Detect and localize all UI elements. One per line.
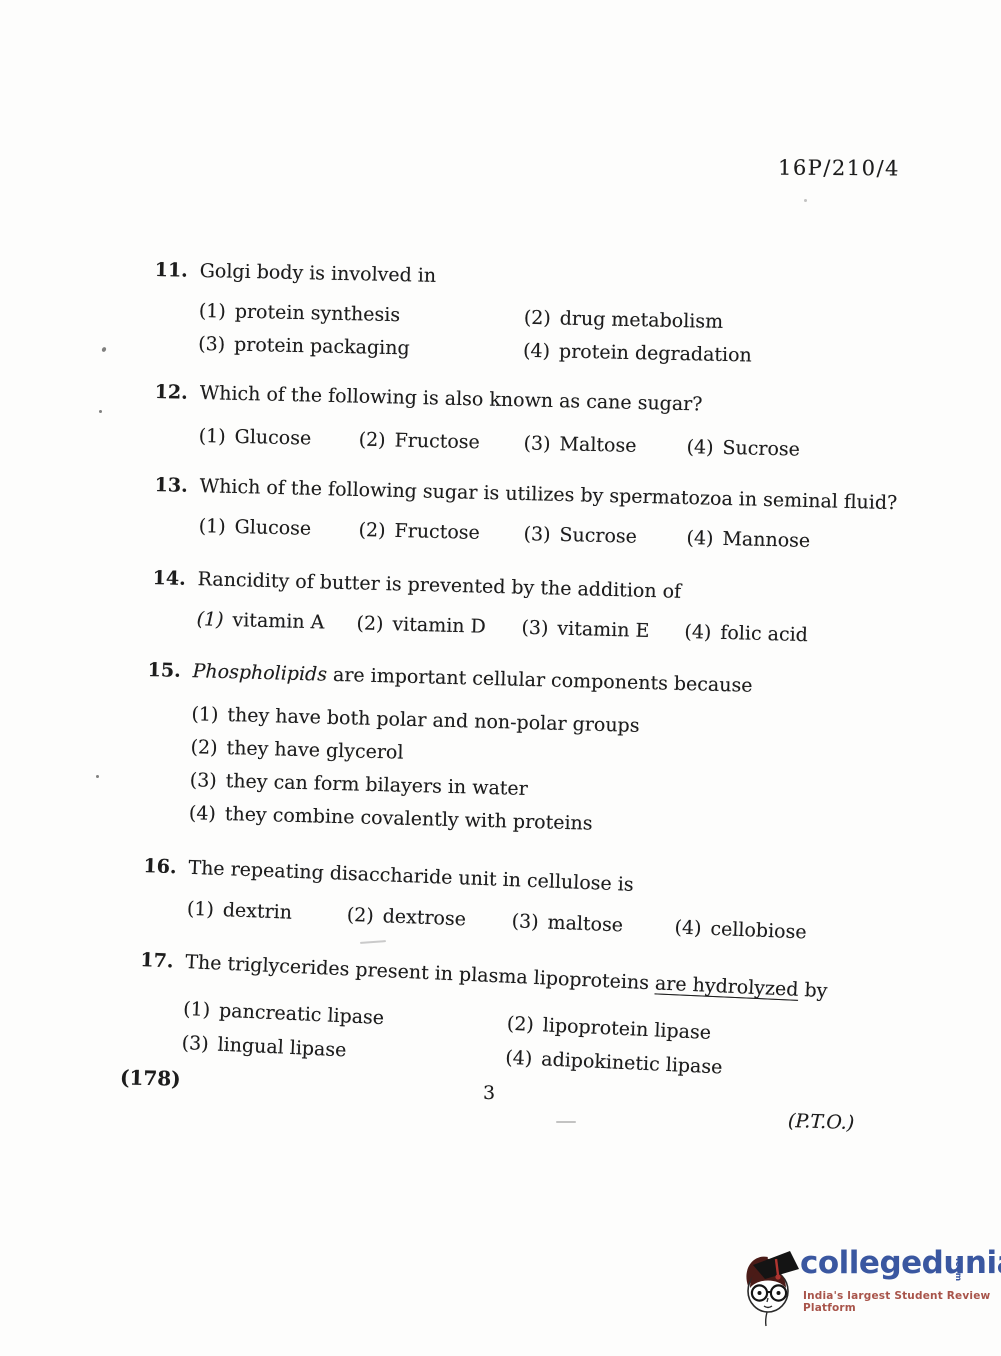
option-text: dextrin <box>222 899 292 924</box>
question-16: 16. The repeating disaccharide unit in c… <box>141 854 923 951</box>
option-text: folic acid <box>720 622 808 646</box>
option-label: (1) <box>199 299 226 324</box>
option: (1)vitamin A <box>196 607 324 634</box>
option-text: vitamin D <box>392 613 486 637</box>
question-text-post: by <box>798 979 828 1002</box>
option-text: Mannose <box>722 528 810 552</box>
question-number: 15. <box>147 658 193 683</box>
option-text: lipoprotein lipase <box>542 1014 711 1044</box>
option-text: cellobiose <box>710 918 807 944</box>
brand-tld: .com <box>954 1258 963 1282</box>
question-text: Which of the following sugar is utilizes… <box>199 474 897 515</box>
brand-tagline: India's largest Student Review Platform <box>803 1290 996 1314</box>
option-text: they can form bilayers in water <box>225 770 528 800</box>
option-label: (3) <box>511 909 539 934</box>
option-text: Maltose <box>559 433 636 457</box>
option-label: (2) <box>356 611 384 636</box>
option-text: Sucrose <box>559 524 637 548</box>
option-text: Fructose <box>394 520 480 544</box>
booklet-code: (178) <box>120 1065 181 1091</box>
option-text: dextrose <box>382 905 466 930</box>
option: (3)Sucrose <box>523 522 637 549</box>
option-text: adipokinetic lipase <box>541 1048 723 1078</box>
pto-note: (P.T.O.) <box>788 1110 855 1134</box>
option-text: maltose <box>547 912 623 937</box>
option-text: Glucose <box>234 426 311 450</box>
option-label: (1) <box>186 897 214 922</box>
option-label: (3) <box>523 431 550 456</box>
option: (4)protein degradation <box>523 339 933 372</box>
option-text: Glucose <box>234 516 311 540</box>
option: (4)Mannose <box>686 526 810 553</box>
question-12: 12. Which of the following is also known… <box>153 380 934 467</box>
option-label: (2) <box>346 903 374 928</box>
option-label: (2) <box>524 306 551 331</box>
option-label: (4) <box>686 435 713 460</box>
option: (4)folic acid <box>684 620 808 647</box>
option-text: vitamin A <box>232 609 324 633</box>
question-text: Phospholipids are important cellular com… <box>192 659 752 698</box>
option-label: (1) <box>198 424 225 449</box>
option-text: they have both polar and non-polar group… <box>227 704 640 737</box>
option-text: they combine covalently with proteins <box>225 803 593 835</box>
question-number: 11. <box>154 258 199 283</box>
scan-speck <box>804 199 807 202</box>
question-text: Rancidity of butter is prevented by the … <box>197 567 681 604</box>
option-text: pancreatic lipase <box>219 1000 385 1029</box>
option-label: (3) <box>523 522 551 547</box>
question-text: The repeating disaccharide unit in cellu… <box>188 856 634 897</box>
brand-name: collegedunia <box>800 1245 1001 1281</box>
option-text: vitamin E <box>557 618 650 642</box>
option-label: (3) <box>181 1031 209 1056</box>
option-label: (2) <box>358 428 385 453</box>
scan-speck <box>101 346 107 352</box>
scan-speck <box>96 775 99 778</box>
option: (4)Sucrose <box>686 435 800 462</box>
option: (4)cellobiose <box>674 915 807 944</box>
option-label: (3) <box>521 616 549 641</box>
option-text: lingual lipase <box>217 1034 347 1062</box>
scan-speck <box>556 1121 576 1123</box>
question-number: 13. <box>154 473 200 498</box>
scan-speck <box>99 410 102 413</box>
question-number: 16. <box>143 854 189 880</box>
option: (2)Fructose <box>358 428 480 455</box>
question-text: Golgi body is involved in <box>199 259 436 288</box>
option: (2)dextrose <box>346 903 466 932</box>
question-15: 15. Phospholipids are important cellular… <box>144 658 928 844</box>
scan-speck <box>360 940 386 944</box>
option-label: (4) <box>189 801 217 826</box>
option: (3)lingual lipase <box>181 1031 506 1070</box>
question-13: 13. Which of the following sugar is util… <box>153 473 934 558</box>
option-text: drug metabolism <box>560 307 724 332</box>
option-label: (2) <box>506 1012 534 1037</box>
option-label: (2) <box>190 735 218 760</box>
option: (1)pancreatic lipase <box>183 997 508 1036</box>
option-text: Sucrose <box>722 437 800 461</box>
question-17: 17. The triglycerides present in plasma … <box>136 948 920 1088</box>
option-label: (4) <box>686 526 714 551</box>
option-label: (1) <box>198 514 226 539</box>
page-number: 3 <box>483 1082 495 1104</box>
question-text-pre: The triglycerides present in plasma lipo… <box>185 951 656 994</box>
question-text-underlined: are hydrolyzed <box>655 972 799 1000</box>
option: (4)adipokinetic lipase <box>505 1046 917 1089</box>
mascot-icon <box>738 1244 800 1328</box>
question-number: 12. <box>154 380 200 405</box>
option: (2)vitamin D <box>356 611 486 638</box>
question-text: The triglycerides present in plasma lipo… <box>185 950 828 1003</box>
collegedunia-logo: collegedunia .com India's largest Studen… <box>738 1242 996 1334</box>
option: (3)vitamin E <box>521 616 650 643</box>
question-14: 14. Rancidity of butter is prevented by … <box>151 566 932 652</box>
scanned-exam-page: 16P/210/4 11. Golgi body is involved in … <box>0 0 1001 1356</box>
option: (1)Glucose <box>198 514 311 541</box>
option: (3)protein packaging <box>198 332 523 363</box>
option-text: protein synthesis <box>235 301 401 326</box>
option: (3)maltose <box>511 909 623 937</box>
question-number: 14. <box>152 566 198 591</box>
option-label: (4) <box>674 915 702 940</box>
question-number: 17. <box>140 948 186 974</box>
option-text: protein degradation <box>559 340 752 366</box>
option-label: (3) <box>190 768 218 793</box>
option-text: protein packaging <box>234 334 410 360</box>
question-11: 11. Golgi body is involved in (1)protein… <box>153 258 935 371</box>
option-text: Fructose <box>394 429 480 453</box>
option-label: (4) <box>684 620 712 645</box>
question-text-rest: are important cellular components becaus… <box>327 664 753 697</box>
question-text-italic: Phospholipids <box>192 660 327 686</box>
option: (2)Fructose <box>358 518 480 545</box>
option-label: (1) <box>196 607 224 632</box>
paper-code: 16P/210/4 <box>778 156 900 181</box>
option: (1)Glucose <box>198 424 311 451</box>
question-text: Which of the following is also known as … <box>199 381 702 416</box>
option: (1)protein synthesis <box>199 299 524 330</box>
option-text: they have glycerol <box>226 737 403 764</box>
option-label: (3) <box>198 332 225 357</box>
option-label: (4) <box>505 1046 533 1071</box>
option-label: (4) <box>523 339 550 364</box>
option: (2)drug metabolism <box>524 306 934 339</box>
option: (1)dextrin <box>186 897 292 925</box>
option: (3)Maltose <box>523 431 636 458</box>
option-label: (1) <box>183 997 211 1022</box>
option-label: (1) <box>191 702 219 727</box>
option-label: (2) <box>358 518 386 543</box>
